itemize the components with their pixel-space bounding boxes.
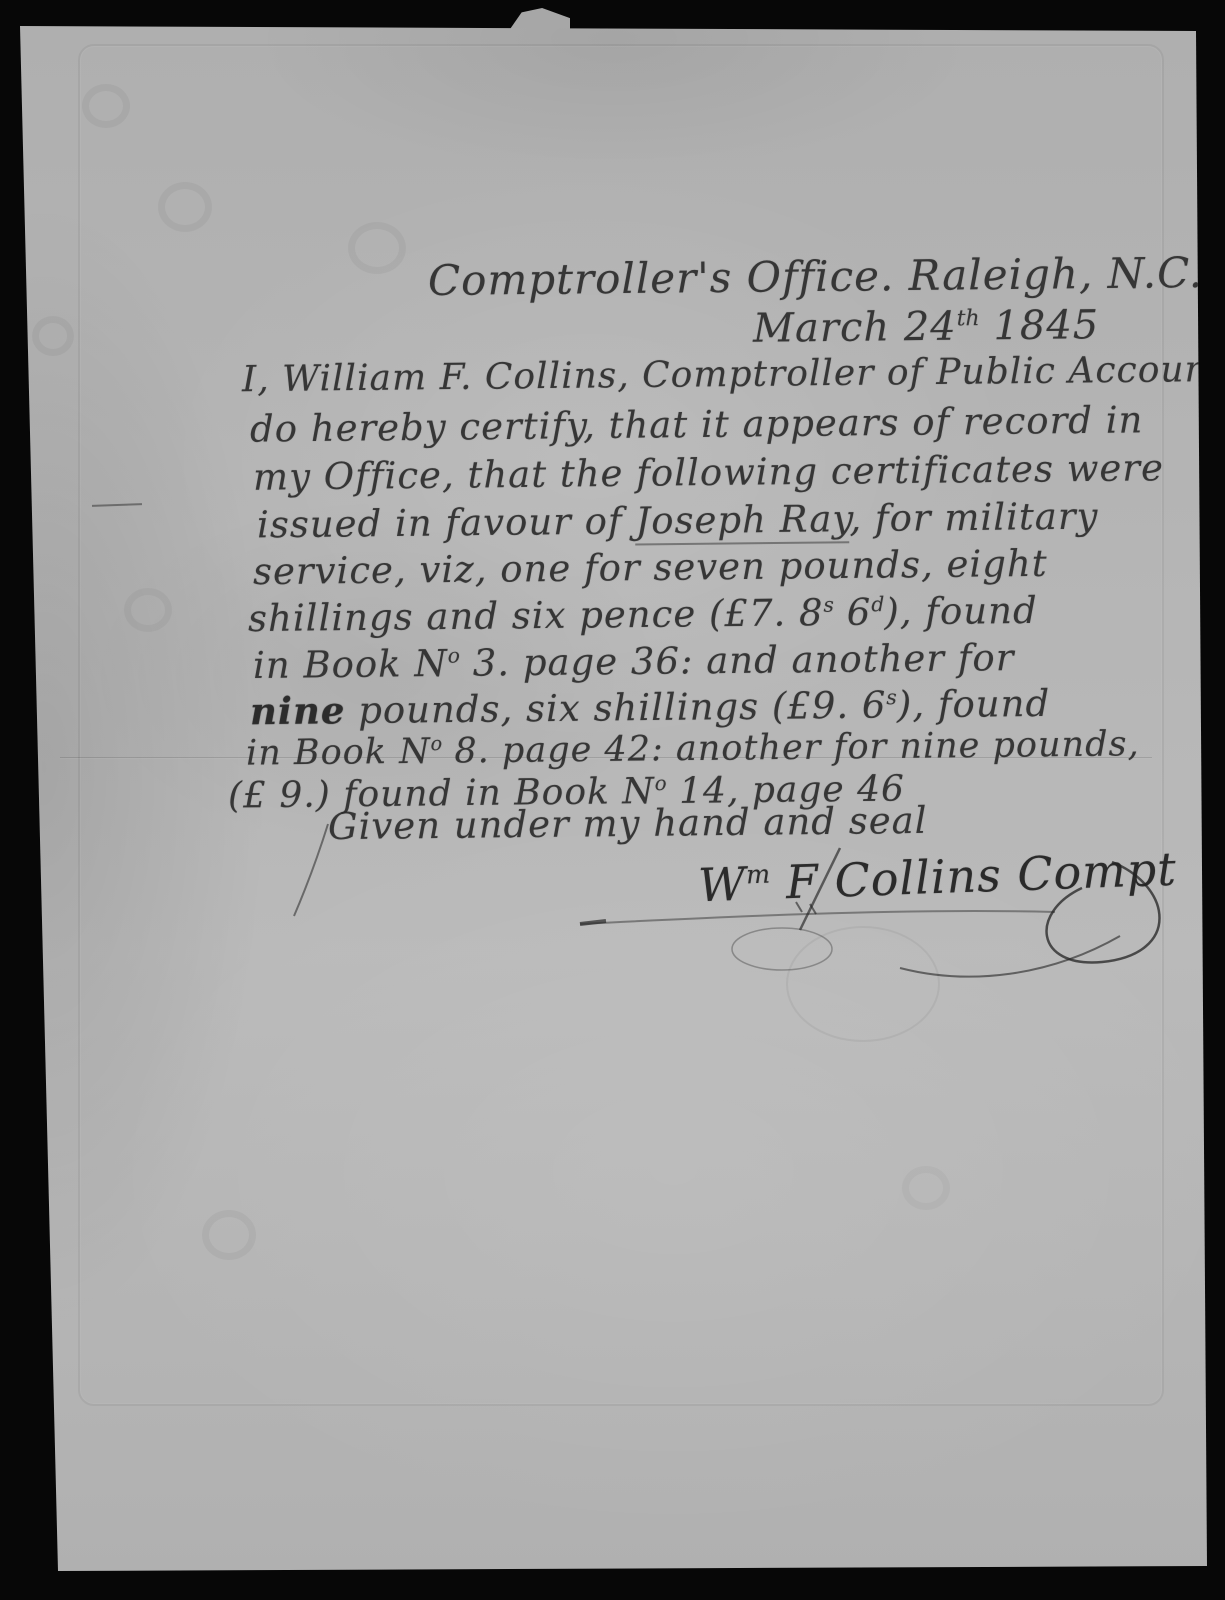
handwritten-line: issued in favour of Joseph Ray, for mili… [257, 495, 1099, 547]
line-text: 8. page 42: another for nine pounds, [442, 724, 1140, 771]
number-superscript: o [430, 732, 442, 755]
line-text: issued in favour of [257, 499, 636, 546]
handwritten-line: nine pounds, six shillings (£9. 6s), fou… [250, 681, 1051, 733]
shillings-superscript: s [886, 685, 897, 709]
line-text: 6 [834, 591, 872, 634]
watermark-ring [82, 84, 130, 128]
watermark-ring [202, 1210, 256, 1260]
line-text: in Book N [246, 732, 431, 774]
signature-text: W [697, 857, 747, 913]
handwritten-line: shillings and six pence (£7. 8s 6d), fou… [248, 589, 1038, 640]
date-superscript: th [956, 306, 979, 331]
shillings-superscript: s [823, 593, 834, 617]
watermark-ring [348, 222, 406, 274]
line-text: shillings and six pence (£7. 8 [248, 591, 824, 640]
document-paper: Comptroller's Office. Raleigh, N.C. Marc… [20, 24, 1208, 1573]
header-line: Comptroller's Office. Raleigh, N.C. [428, 248, 1204, 305]
watermark-ring [902, 1166, 950, 1210]
line-text: ), found [884, 589, 1038, 634]
scan-background: Comptroller's Office. Raleigh, N.C. Marc… [0, 0, 1225, 1600]
line-text: service, viz, one for seven pounds, eigh… [253, 542, 1048, 593]
watermark-ring [158, 182, 212, 232]
date-year: 1845 [979, 302, 1099, 349]
embossed-seal-ring [786, 926, 940, 1042]
line-text: , for military [849, 495, 1098, 541]
line-text: 3. page 36: and another for [460, 636, 1015, 685]
number-superscript: o [655, 772, 667, 795]
handwritten-line: service, viz, one for seven pounds, eigh… [253, 542, 1048, 593]
header-text: Comptroller's Office. Raleigh, N.C. [428, 248, 1204, 305]
number-superscript: o [448, 643, 461, 667]
handwritten-line: in Book No 3. page 36: and another for [253, 636, 1015, 687]
line-text: in Book N [253, 642, 448, 687]
date-line: March 24th 1845 [753, 302, 1100, 352]
payee-name-underlined: Joseph Ray [635, 497, 850, 545]
line-text: ), found [897, 682, 1051, 727]
closing-text: Given under my hand and seal [328, 799, 928, 848]
date-text: March 24 [753, 304, 957, 352]
watermark-ring [124, 588, 172, 632]
closing-line: Given under my hand and seal [328, 799, 928, 848]
signature-superscript: m [746, 860, 771, 890]
pence-superscript: d [871, 592, 884, 616]
retraced-word: nine [250, 688, 346, 733]
watermark-ring [32, 316, 74, 356]
line-text: pounds, six shillings (£9. 6 [345, 684, 886, 733]
